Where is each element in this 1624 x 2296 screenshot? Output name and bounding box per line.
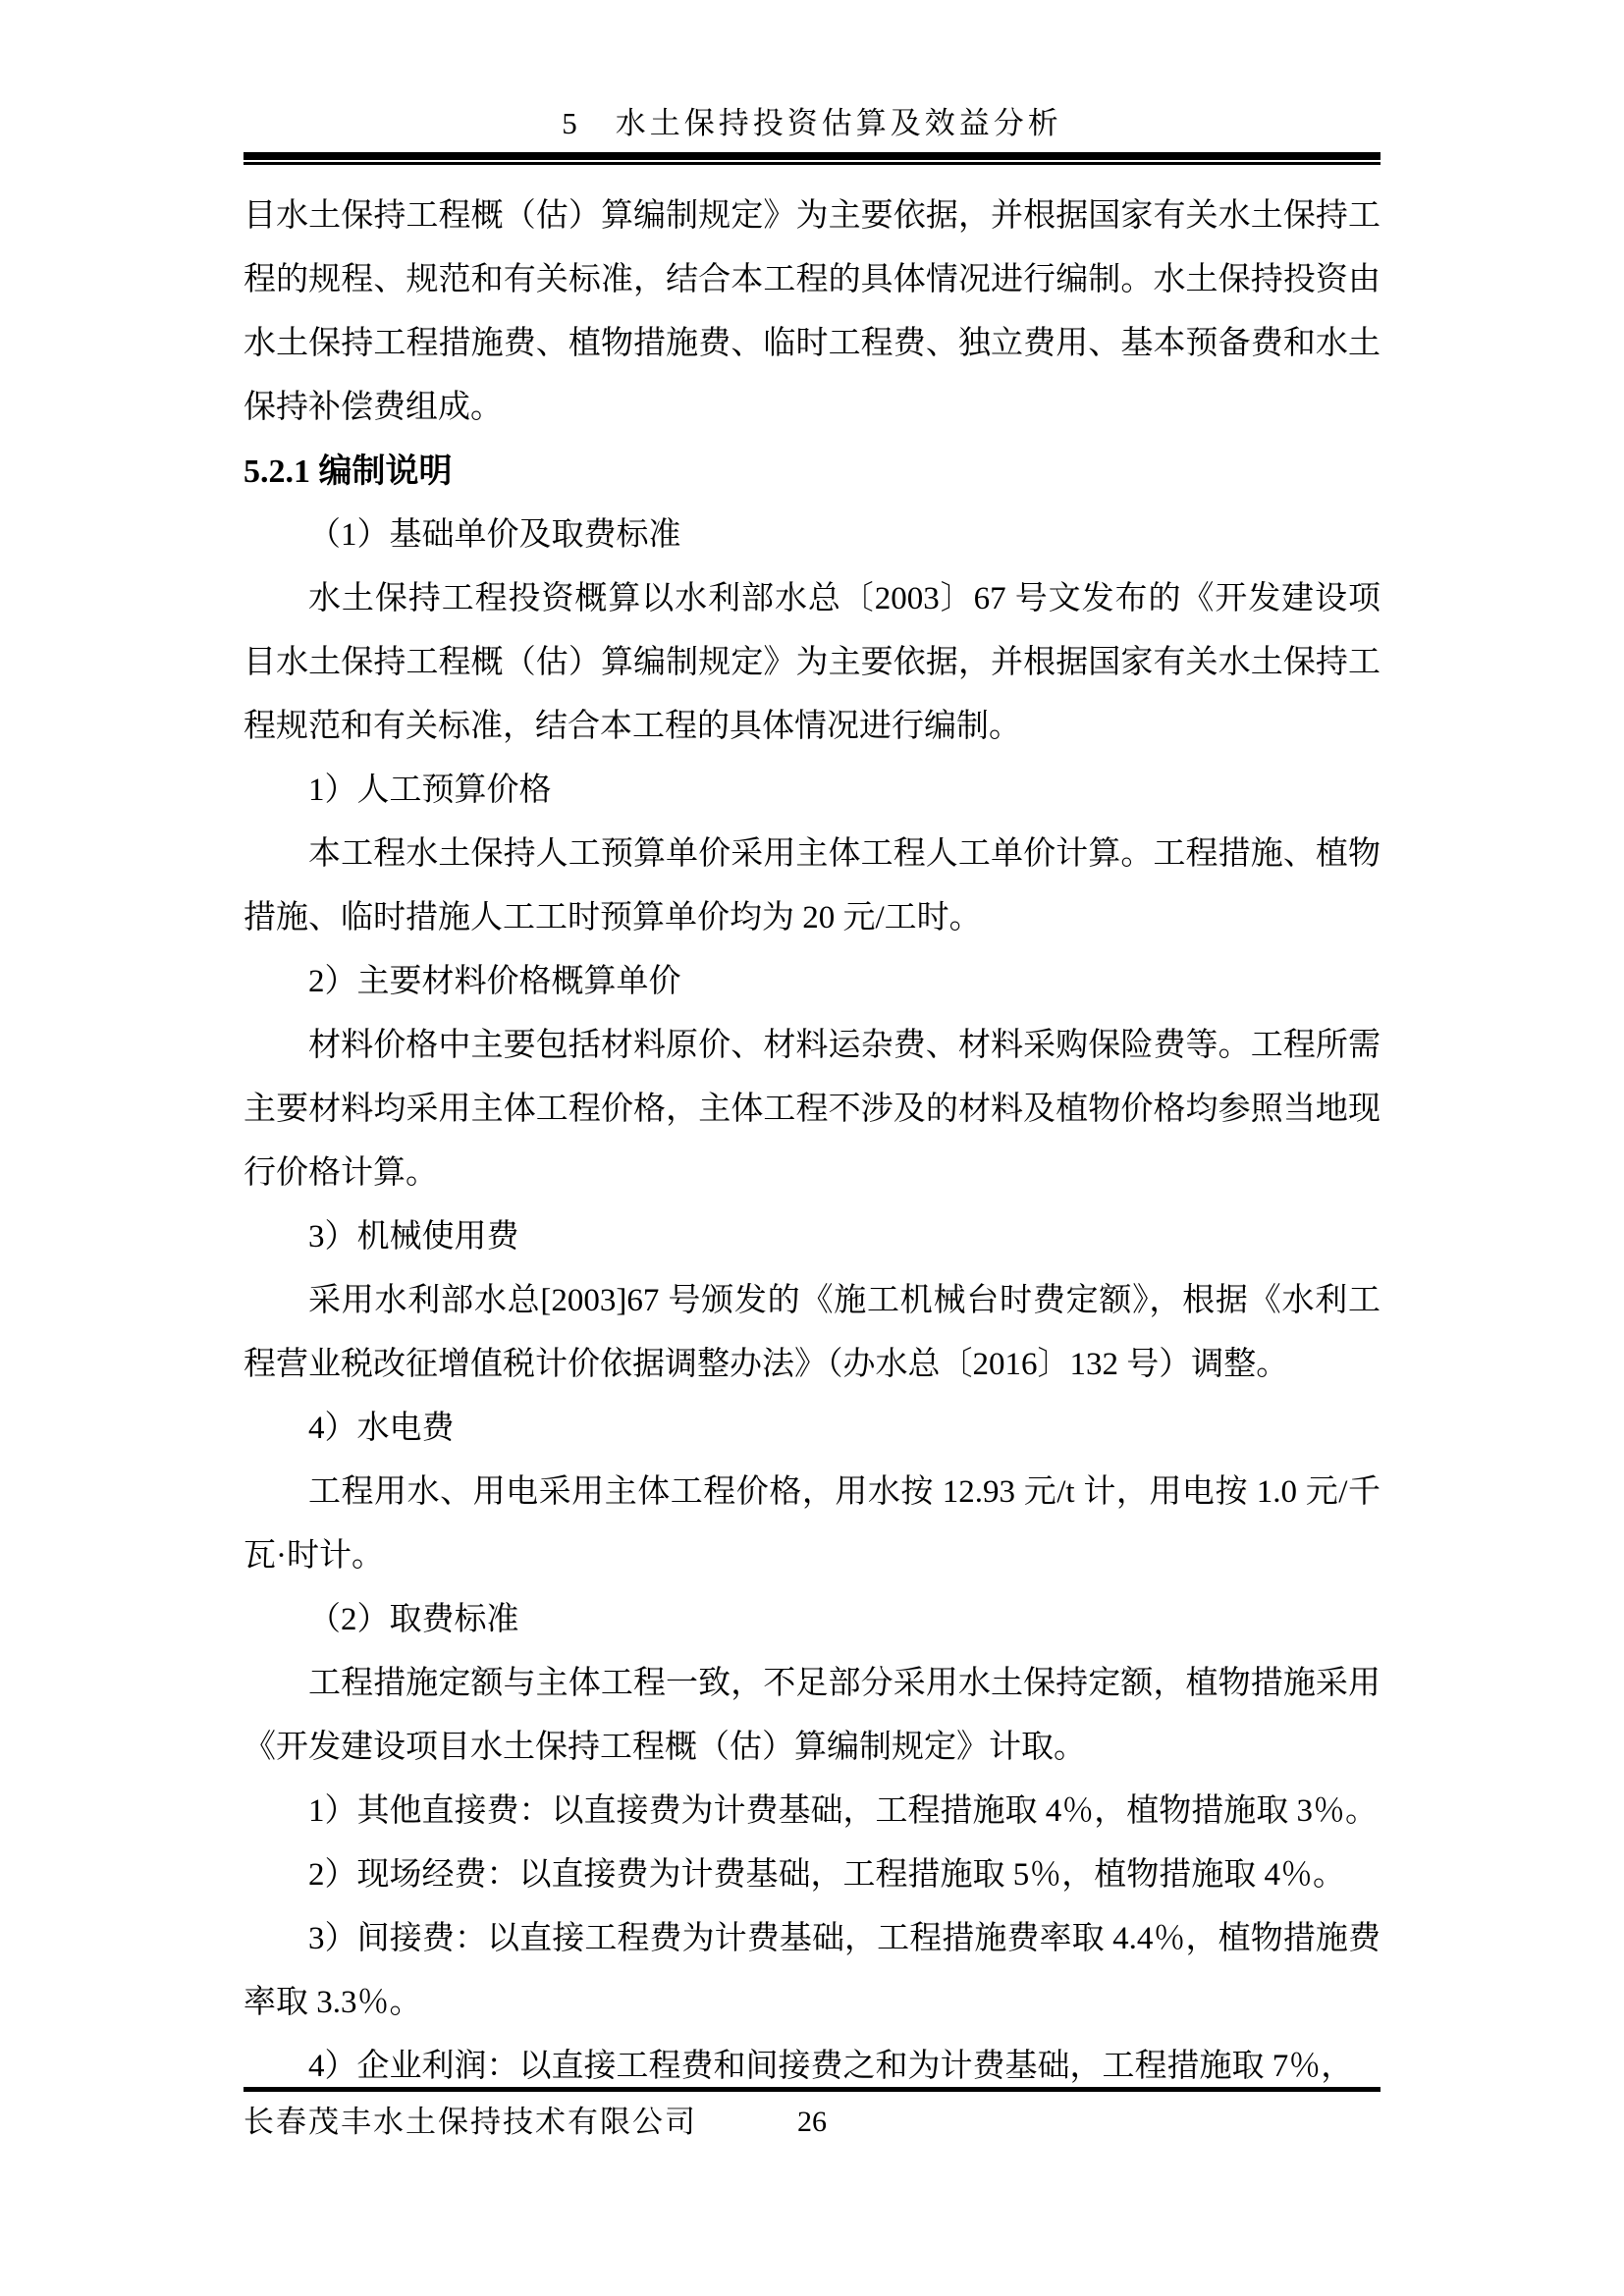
paragraph: 工程措施定额与主体工程一致，不足部分采用水土保持定额，植物措施采用《开发建设项目…	[244, 1652, 1380, 1780]
page-header-chapter-title: 5 水土保持投资估算及效益分析	[244, 102, 1380, 145]
paragraph: 4）水电费	[244, 1397, 1380, 1461]
paragraph: 3）间接费：以直接工程费为计费基础，工程措施费率取 4.4％，植物措施费率取 3…	[244, 1907, 1380, 2035]
footer-divider	[244, 2087, 1380, 2092]
section-heading: 5.2.1 编制说明	[244, 440, 1380, 504]
header-divider	[244, 152, 1380, 165]
paragraph: 目水土保持工程概（估）算编制规定》为主要依据，并根据国家有关水土保持工程的规程、…	[244, 185, 1380, 440]
paragraph: 水土保持工程投资概算以水利部水总〔2003〕67 号文发布的《开发建设项目水土保…	[244, 567, 1380, 759]
paragraph: 3）机械使用费	[244, 1205, 1380, 1269]
paragraph: （2）取费标准	[244, 1588, 1380, 1652]
paragraph: 2）主要材料价格概算单价	[244, 950, 1380, 1014]
paragraph: 工程用水、用电采用主体工程价格，用水按 12.93 元/t 计，用电按 1.0 …	[244, 1461, 1380, 1588]
paragraph: 材料价格中主要包括材料原价、材料运杂费、材料采购保险费等。工程所需主要材料均采用…	[244, 1014, 1380, 1205]
document-body: 目水土保持工程概（估）算编制规定》为主要依据，并根据国家有关水土保持工程的规程、…	[244, 185, 1380, 2099]
paragraph: 采用水利部水总[2003]67 号颁发的《施工机械台时费定额》，根据《水利工程营…	[244, 1269, 1380, 1397]
paragraph: （1）基础单价及取费标准	[244, 504, 1380, 567]
page-footer: 长春茂丰水土保持技术有限公司 26	[244, 2097, 1380, 2148]
paragraph: 2）现场经费：以直接费为计费基础，工程措施取 5％，植物措施取 4％。	[244, 1843, 1380, 1907]
paragraph: 1）人工预算价格	[244, 759, 1380, 823]
paragraph: 本工程水土保持人工预算单价采用主体工程人工单价计算。工程措施、植物措施、临时措施…	[244, 823, 1380, 950]
paragraph: 1）其他直接费：以直接费为计费基础，工程措施取 4％，植物措施取 3％。	[244, 1780, 1380, 1843]
footer-page-number: 26	[244, 2097, 1380, 2148]
document-page: 5 水土保持投资估算及效益分析 目水土保持工程概（估）算编制规定》为主要依据，并…	[0, 0, 1624, 2296]
